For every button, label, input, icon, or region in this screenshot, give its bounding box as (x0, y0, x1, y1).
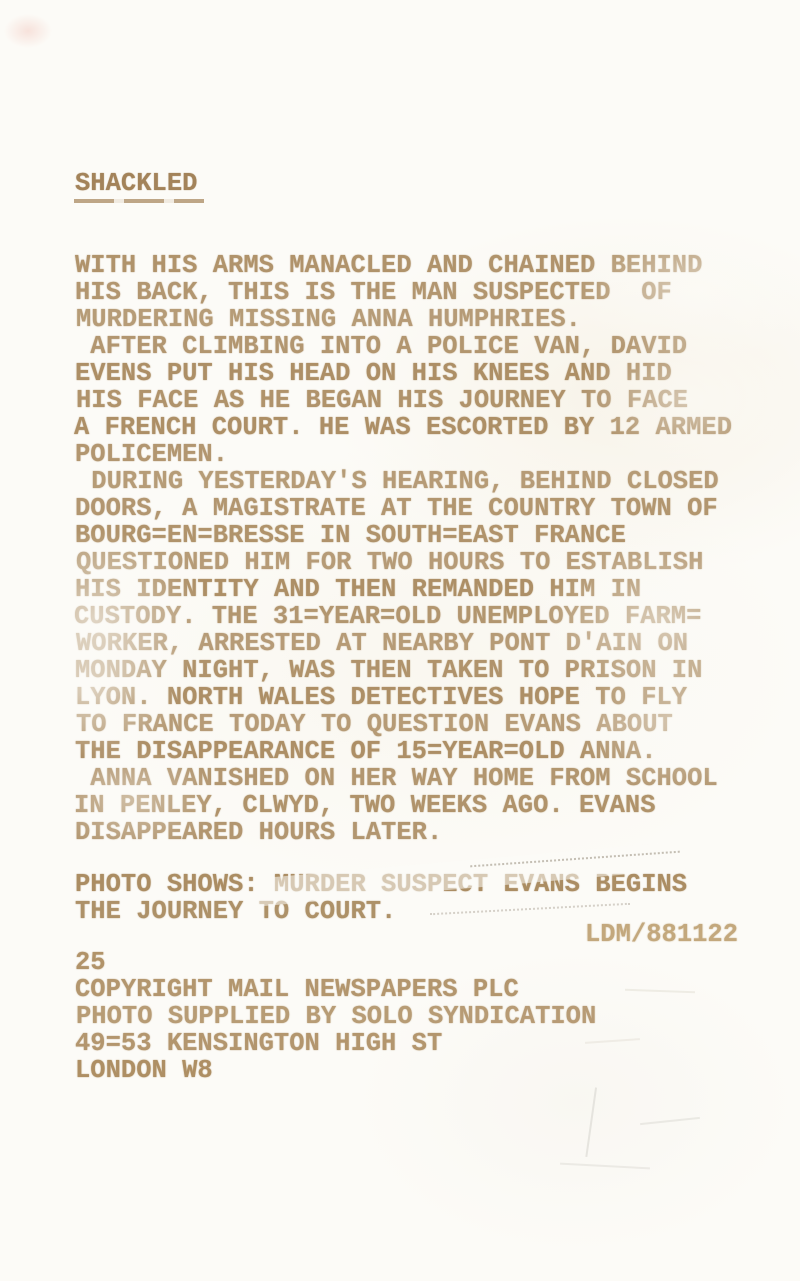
text-line: QUESTIONED HIM FOR TWO HOURS TO ESTABLIS… (76, 549, 734, 576)
heading-underline (74, 199, 204, 203)
pencil-mark (625, 989, 695, 993)
text-line: HIS FACE AS HE BEGAN HIS JOURNEY TO FACE (76, 387, 734, 414)
text-line: A FRENCH COURT. HE WAS ESCORTED BY 12 AR… (74, 414, 732, 441)
text-line: TO FRANCE TODAY TO QUESTION EVANS ABOUT (76, 711, 734, 738)
text-line: ANNA VANISHED ON HER WAY HOME FROM SCHOO… (75, 765, 733, 792)
text-line: LYON. NORTH WALES DETECTIVES HOPE TO FLY (75, 684, 733, 711)
text-line: CUSTODY. THE 31=YEAR=OLD UNEMPLOYED FARM… (74, 603, 732, 630)
document-heading: SHACKLED (75, 170, 197, 197)
text-line: AFTER CLIMBING INTO A POLICE VAN, DAVID (75, 333, 733, 360)
text-line: HIS IDENTITY AND THEN REMANDED HIM IN (75, 576, 733, 603)
text-line: BOURG=EN=BRESSE IN SOUTH=EAST FRANCE (75, 522, 733, 549)
pencil-mark (585, 1087, 636, 1162)
caption-body-text: WITH HIS ARMS MANACLED AND CHAINED BEHIN… (75, 252, 733, 846)
text-line: THE DISAPPEARANCE OF 15=YEAR=OLD ANNA. (75, 738, 733, 765)
text-line: DISAPPEARED HOURS LATER. (75, 819, 733, 846)
text-line: LONDON W8 (75, 1057, 595, 1084)
text-line: DOORS, A MAGISTRATE AT THE COUNTRY TOWN … (75, 495, 733, 522)
text-line: POLICEMEN. (75, 441, 733, 468)
scratch-mark (470, 851, 680, 868)
text-line: MURDERING MISSING ANNA HUMPHRIES. (76, 306, 734, 333)
text-line: EVENS PUT HIS HEAD ON HIS KNEES AND HID (75, 360, 733, 387)
copyright-footer: 25COPYRIGHT MAIL NEWSPAPERS PLCPHOTO SUP… (75, 949, 595, 1084)
text-line: PHOTO SHOWS: MURDER SUSPECT EVANS BEGINS (75, 871, 687, 898)
reference-number: LDM/881122 (585, 921, 738, 948)
pencil-mark (560, 1163, 650, 1170)
text-line: PHOTO SUPPLIED BY SOLO SYNDICATION (76, 1003, 596, 1030)
text-line: COPYRIGHT MAIL NEWSPAPERS PLC (75, 976, 595, 1003)
text-line: WORKER, ARRESTED AT NEARBY PONT D'AIN ON (76, 630, 734, 657)
corner-smudge (4, 14, 52, 48)
text-line: 25 (75, 949, 595, 976)
scanned-photo-caption-document: SHACKLED WITH HIS ARMS MANACLED AND CHAI… (0, 0, 800, 1281)
text-line: DURING YESTERDAY'S HEARING, BEHIND CLOSE… (76, 468, 734, 495)
text-line: MONDAY NIGHT, WAS THEN TAKEN TO PRISON I… (75, 657, 733, 684)
text-line: IN PENLEY, CLWYD, TWO WEEKS AGO. EVANS (74, 792, 732, 819)
text-line: HIS BACK, THIS IS THE MAN SUSPECTED OF (75, 279, 733, 306)
text-line: WITH HIS ARMS MANACLED AND CHAINED BEHIN… (75, 252, 733, 279)
photo-shows-caption: PHOTO SHOWS: MURDER SUSPECT EVANS BEGINS… (75, 871, 687, 925)
pencil-mark (640, 1117, 700, 1125)
text-line: 49=53 KENSINGTON HIGH ST (75, 1030, 595, 1057)
